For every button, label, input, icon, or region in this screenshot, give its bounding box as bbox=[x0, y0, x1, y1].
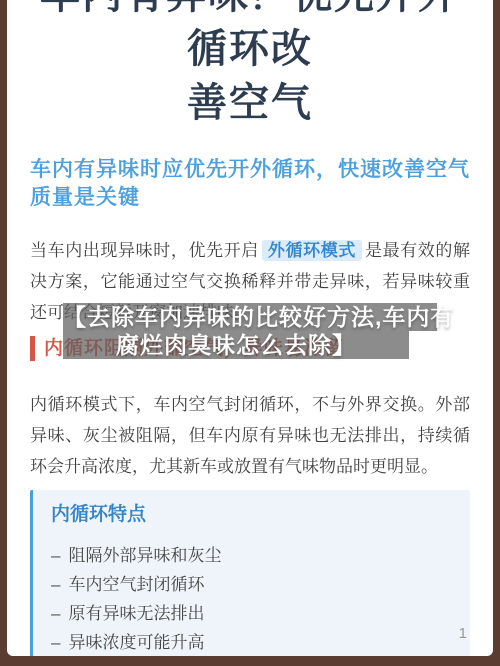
article-subtitle: 车内有异味时应优先开外循环，快速改善空气质量是关键 bbox=[30, 156, 470, 212]
article-title-line2: 善空气 bbox=[187, 81, 313, 125]
bullet-dash: – bbox=[51, 541, 60, 570]
article-title-line1: 车内有异味？优先开外循环改 bbox=[40, 0, 460, 71]
watermark-overlay-line2: 腐烂肉臭味怎么去除】 bbox=[63, 331, 409, 359]
feature-item-text: 异味浓度可能升高 bbox=[68, 628, 204, 656]
list-item: – 异味浓度可能升高 bbox=[51, 628, 452, 656]
watermark-overlay-line1: 【去除车内异味的比较好方法,车内有 bbox=[63, 303, 437, 331]
list-item: – 车内空气封闭循环 bbox=[51, 570, 452, 599]
highlight-term-external-mode: 外循环模式 bbox=[262, 240, 362, 261]
feature-item-text: 阻隔外部异味和灰尘 bbox=[68, 541, 221, 570]
bullet-dash: – bbox=[51, 570, 60, 599]
feature-box-internal-circulation: 内循环特点 – 阻隔外部异味和灰尘 – 车内空气封闭循环 – 原有异味无法排出 bbox=[30, 490, 470, 656]
feature-list: – 阻隔外部异味和灰尘 – 车内空气封闭循环 – 原有异味无法排出 – 异味浓度… bbox=[51, 541, 452, 656]
list-item: – 原有异味无法排出 bbox=[51, 599, 452, 628]
bullet-dash: – bbox=[51, 628, 60, 656]
page-frame: 车内有异味？优先开外循环改 善空气 车内有异味时应优先开外循环，快速改善空气质量… bbox=[0, 0, 500, 666]
list-item: – 阻隔外部异味和灰尘 bbox=[51, 541, 452, 570]
bullet-dash: – bbox=[51, 599, 60, 628]
feature-item-text: 车内空气封闭循环 bbox=[68, 570, 204, 599]
article-title: 车内有异味？优先开外循环改 善空气 bbox=[30, 0, 470, 130]
feature-item-text: 原有异味无法排出 bbox=[68, 599, 204, 628]
feature-box-title: 内循环特点 bbox=[51, 503, 452, 527]
paragraph1-pre: 当车内出现异味时，优先开启 bbox=[30, 241, 259, 260]
document-page: 车内有异味？优先开外循环改 善空气 车内有异味时应优先开外循环，快速改善空气质量… bbox=[7, 0, 493, 656]
paragraph-internal-circulation: 内循环模式下，车内空气封闭循环，不与外界交换。外部异味、灰尘被阻隔，但车内原有异… bbox=[30, 389, 470, 482]
page-number: 1 bbox=[459, 625, 467, 642]
